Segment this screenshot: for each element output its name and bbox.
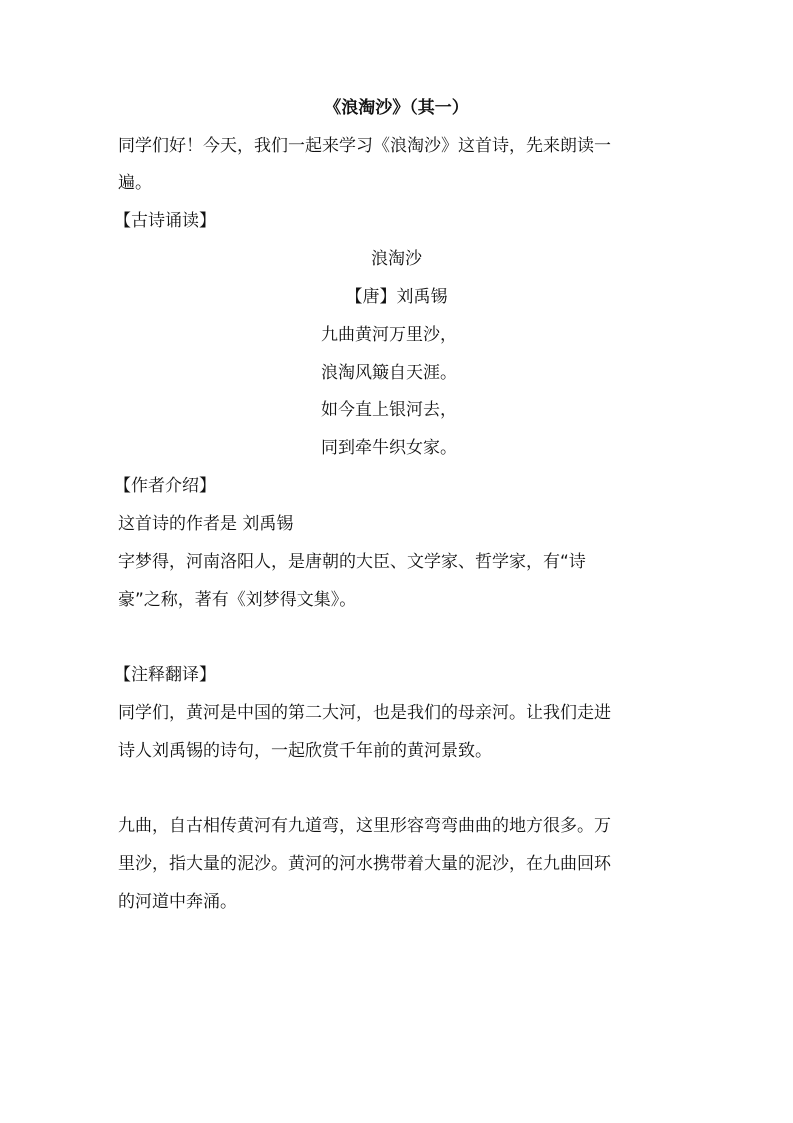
poem-verse: 如今直上银河去， (321, 399, 457, 421)
notes-line: 诗人刘禹锡的诗句，一起欣赏千年前的黄河景致。 (118, 740, 492, 762)
poem-verse: 浪淘风簸自天涯。 (321, 362, 457, 384)
notes-line: 九曲，自古相传黄河有九道弯，这里形容弯弯曲曲的地方很多。万 (118, 815, 611, 837)
poem-verse: 同到牵牛织女家。 (321, 437, 457, 459)
poem-author: 【唐】刘禹锡 (0, 286, 793, 308)
intro-line: 同学们好！今天，我们一起来学习《浪淘沙》这首诗，先来朗读一 (118, 135, 611, 157)
author-line: 字梦得，河南洛阳人，是唐朝的大臣、文学家、哲学家，有“诗 (118, 551, 586, 573)
poem-title: 浪淘沙 (0, 248, 793, 270)
section-heading-author: 【作者介绍】 (114, 475, 216, 497)
author-line: 豪”之称，著有《刘梦得文集》。 (118, 589, 356, 611)
document-title: 《浪淘沙》（其一） (0, 97, 793, 119)
notes-line: 同学们，黄河是中国的第二大河，也是我们的母亲河。让我们走进 (118, 702, 611, 724)
intro-line: 遍。 (118, 172, 152, 194)
document-page: 《浪淘沙》（其一） 同学们好！今天，我们一起来学习《浪淘沙》这首诗，先来朗读一 … (0, 0, 793, 1123)
author-line: 这首诗的作者是 刘禹锡 (118, 513, 293, 535)
section-heading-notes: 【注释翻译】 (114, 664, 216, 686)
poem-verse: 九曲黄河万里沙， (321, 324, 457, 346)
notes-line: 的河道中奔涌。 (118, 891, 237, 913)
section-heading-recitation: 【古诗诵读】 (114, 210, 216, 232)
notes-line: 里沙，指大量的泥沙。黄河的河水携带着大量的泥沙，在九曲回环 (118, 853, 611, 875)
